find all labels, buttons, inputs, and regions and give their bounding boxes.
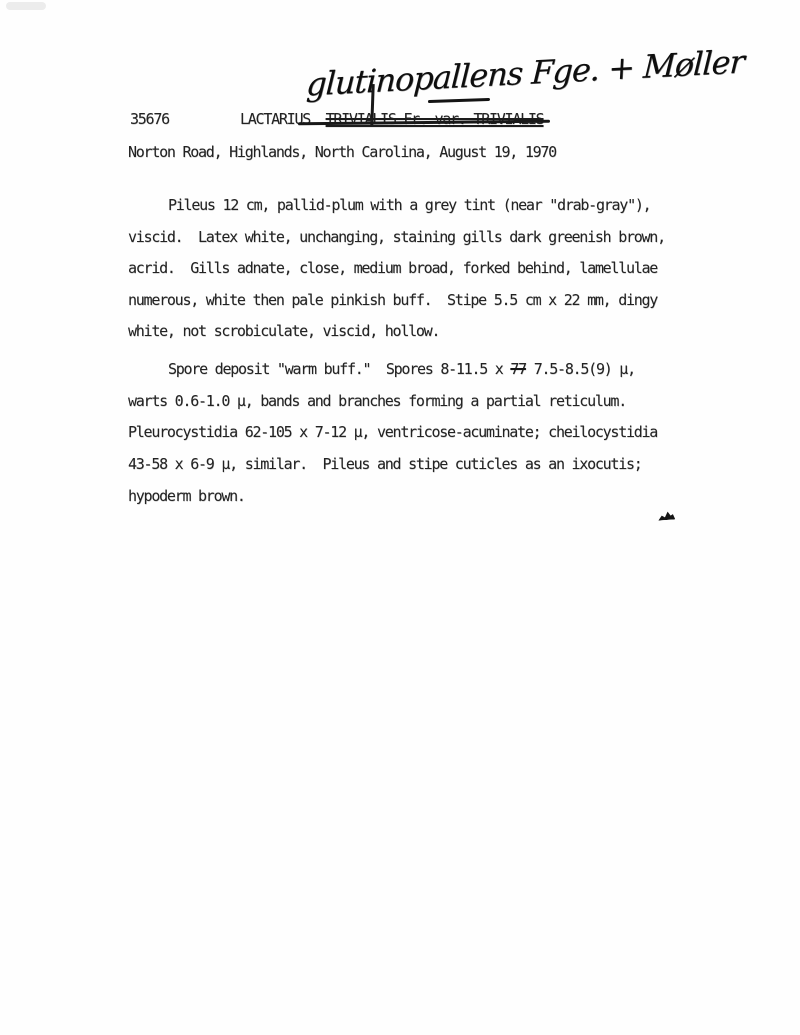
locality-date-line: Norton Road, Highlands, North Carolina, … — [128, 143, 556, 161]
species-name-line: LACTARIUS TRIVIALIS Fr. var. TRIVIALIS — [240, 110, 543, 128]
struck-species-name: TRIVIALIS Fr. var. TRIVIALIS — [326, 110, 544, 128]
microscopy-line-2: warts 0.6-1.0 µ, bands and branches form… — [128, 392, 626, 410]
spacer — [310, 110, 326, 128]
microscopy-line-4: 43-58 x 6-9 µ, similar. Pileus and stipe… — [128, 455, 642, 473]
description-line-5: white, not scrobiculate, viscid, hollow. — [128, 322, 439, 340]
description-line-2: viscid. Latex white, unchanging, stainin… — [128, 228, 665, 246]
microscopy-line-1-post: 7.5-8.5(9) µ, — [526, 360, 635, 378]
microscopy-line-1: Spore deposit "warm buff." Spores 8-11.5… — [128, 360, 635, 378]
herbarium-label-page: glutinopallens Fge. + Møller 35676 LACTA… — [0, 0, 800, 1035]
description-line-1: Pileus 12 cm, pallid-plum with a grey ti… — [128, 196, 650, 214]
microscopy-line-1-pre: Spore deposit "warm buff." Spores 8-11.5… — [168, 360, 510, 378]
ink-blot-mark — [658, 510, 676, 520]
collection-number: 35676 — [130, 110, 169, 128]
description-line-4: numerous, white then pale pinkish buff. … — [128, 291, 657, 309]
microscopy-line-3: Pleurocystidia 62-105 x 7-12 µ, ventrico… — [128, 423, 657, 441]
microscopy-line-5: hypoderm brown. — [128, 487, 245, 505]
overstruck-typo: 77 — [510, 360, 526, 378]
description-line-3: acrid. Gills adnate, close, medium broad… — [128, 259, 657, 277]
handwriting-flourish-stroke — [428, 98, 490, 103]
scan-smudge — [6, 2, 46, 10]
